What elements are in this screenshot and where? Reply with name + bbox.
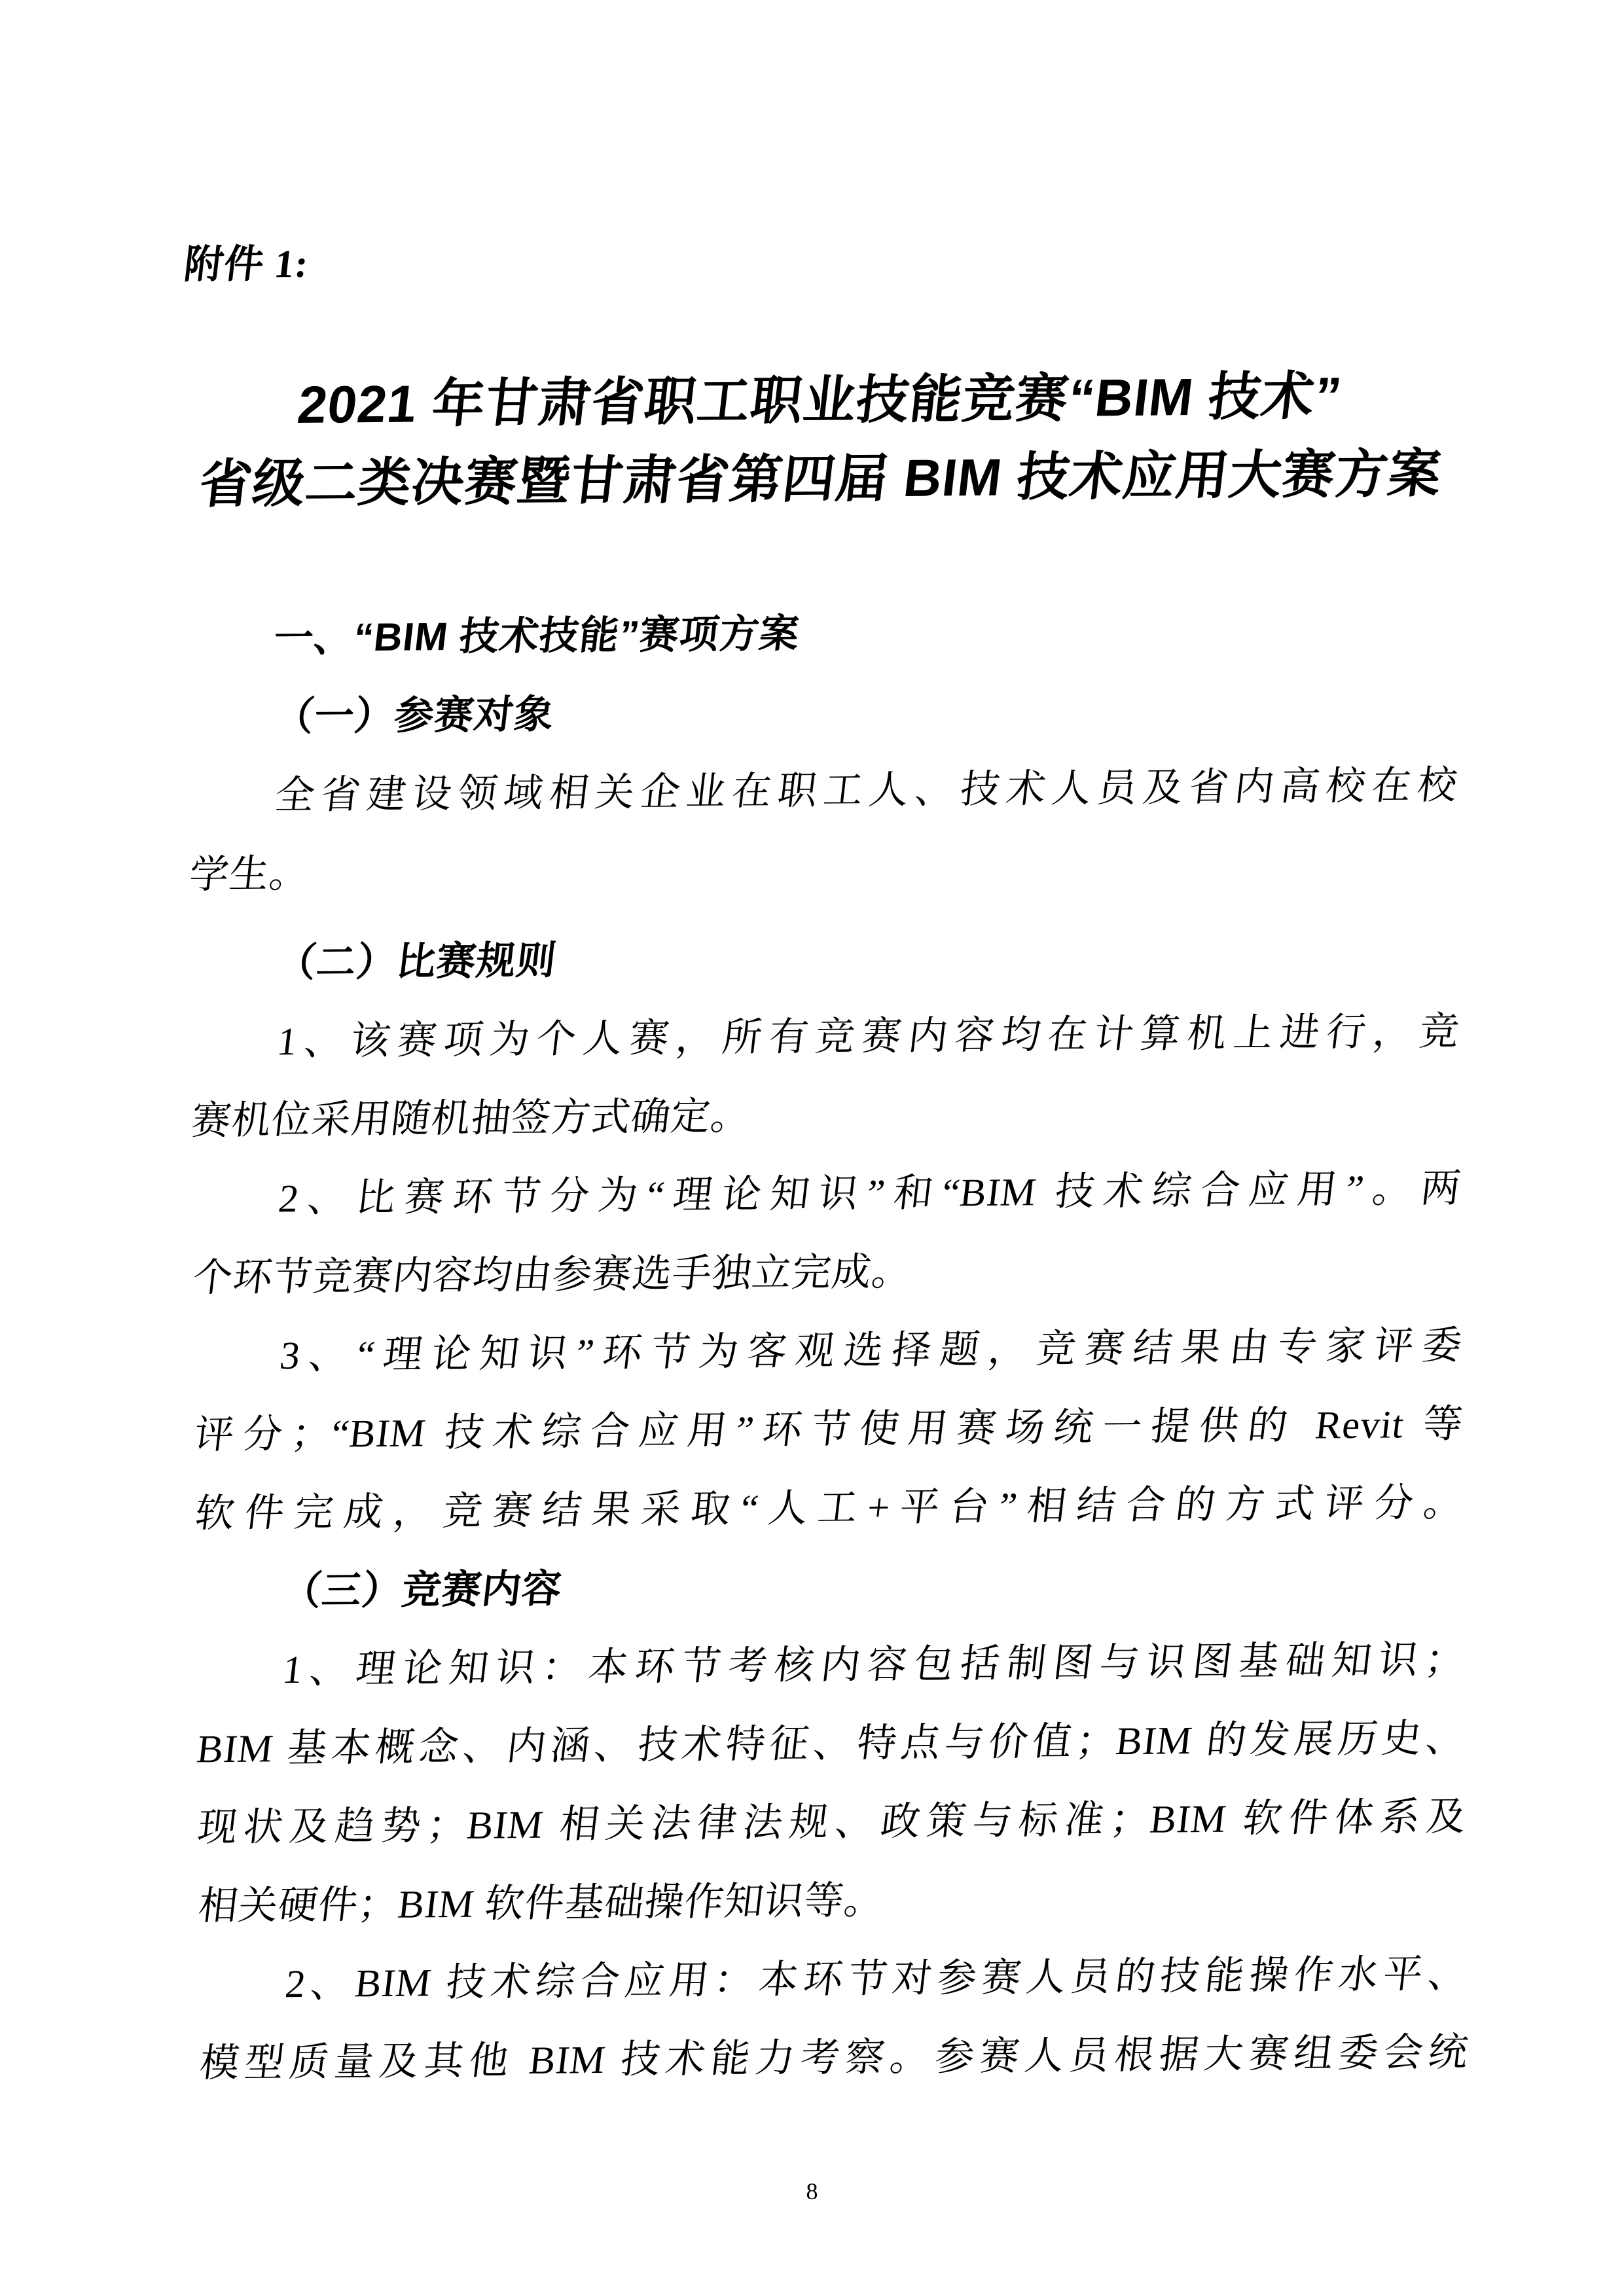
paragraph-line: 1、该赛项为个人赛，所有竞赛内容均在计算机上进行，竞 — [187, 992, 1464, 1081]
paragraph-line: 2、BIM 技术综合应用：本环节对参赛人员的技能操作水平、 — [195, 1934, 1473, 2024]
section-heading-2: （二）比赛规则 — [186, 913, 1464, 1003]
document-title-line2: 省级二类决赛暨甘肃省第四届 BIM 技术应用大赛方案 — [182, 435, 1460, 524]
document-content: 附件 1: 2021 年甘肃省职工职业技能竞赛“BIM 技术” 省级二类决赛暨甘… — [182, 0, 1469, 2102]
paragraph-line: 评分；“BIM 技术综合应用”环节使用赛场统一提供的 Revit 等 — [190, 1384, 1468, 1474]
section-heading-3: （三）竞赛内容 — [191, 1541, 1469, 1631]
attachment-label: 附件 1: — [180, 215, 1458, 304]
paragraph-line: BIM 基本概念、内涵、技术特征、特点与价值；BIM 的发展历史、 — [192, 1698, 1470, 1788]
paragraph-line: 相关硬件；BIM 软件基础操作知识等。 — [194, 1856, 1472, 1945]
paragraph-line: 软件完成，竞赛结果采取“人工+平台”相结合的方式评分。 — [190, 1463, 1468, 1552]
section-heading-1: （一）参赛对象 — [184, 668, 1462, 757]
paragraph-line: 赛机位采用随机抽签方式确定。 — [187, 1070, 1465, 1160]
document-page: 附件 1: 2021 年甘肃省职工职业技能竞赛“BIM 技术” 省级二类决赛暨甘… — [0, 0, 1624, 2296]
paragraph-line: 模型质量及其他 BIM 技术能力考察。参赛人员根据大赛组委会统 — [196, 2013, 1473, 2102]
paragraph-line: 个环节竞赛内容均由参赛选手独立完成。 — [189, 1227, 1466, 1317]
paragraph-line: 学生。 — [185, 824, 1463, 914]
chapter-heading: 一、“BIM 技术技能”赛项方案 — [183, 589, 1461, 679]
paragraph-line: 1、理论知识：本环节考核内容包括制图与识图基础知识； — [192, 1620, 1470, 1710]
document-title-line1: 2021 年甘肃省职工职业技能竞赛“BIM 技术” — [181, 356, 1459, 446]
paragraph-line: 2、比赛环节分为“理论知识”和“BIM 技术综合应用”。两 — [188, 1149, 1466, 1238]
paragraph-line: 全省建设领域相关企业在职工人、技术人员及省内高校在校 — [185, 745, 1462, 835]
paragraph-line: 现状及趋势；BIM 相关法律法规、政策与标准；BIM 软件体系及 — [194, 1777, 1471, 1867]
paragraph-line: 3、“理论知识”环节为客观选择题，竞赛结果由专家评委 — [189, 1306, 1467, 1395]
page-number: 8 — [0, 2178, 1624, 2204]
